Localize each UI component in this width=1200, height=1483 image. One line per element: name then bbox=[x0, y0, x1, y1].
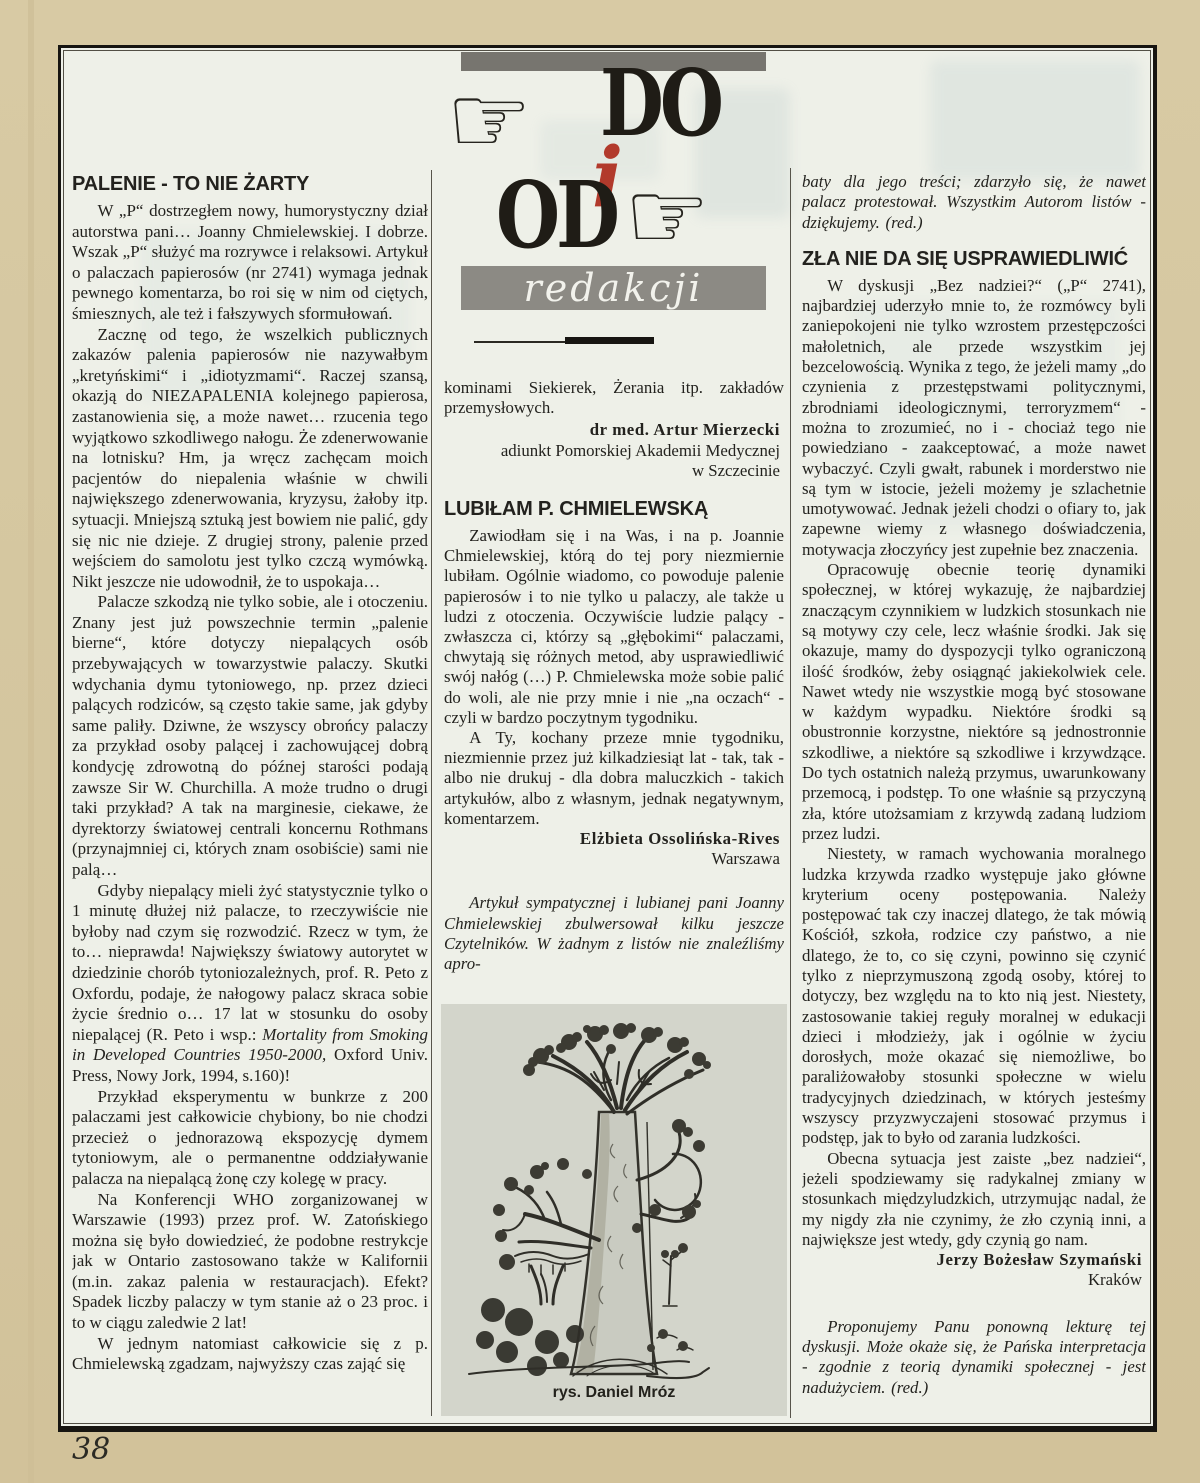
page-number: 38 bbox=[72, 1432, 110, 1467]
paragraph: Palacze szkodzą nie tylko sobie, ale i o… bbox=[72, 592, 428, 880]
masthead-banner: redakcji bbox=[461, 266, 766, 310]
paragraph: Zawiodłam się i na Was, i na p. Joannie … bbox=[444, 526, 784, 728]
paragraph: W dyskusji „Bez nadziei?“ („P“ 2741), na… bbox=[802, 276, 1146, 560]
signature-city: w Szczecinie bbox=[444, 461, 784, 481]
column-divider bbox=[431, 170, 432, 1416]
signature-name: dr med. Artur Mierzecki bbox=[444, 420, 784, 440]
paragraph: Gdyby niepalący mieli żyć statystycznie … bbox=[72, 881, 428, 1087]
editor-note-continuation: baty dla jego treści; zdarzyło się, że n… bbox=[802, 172, 1146, 233]
article-smoking: PALENIE - TO NIE ŻARTY W „P“ dostrzegłem… bbox=[72, 172, 428, 1416]
paragraph: Na Konferencji WHO zorganizowanej w Wars… bbox=[72, 1190, 428, 1334]
signature-city: Warszawa bbox=[444, 849, 784, 869]
magazine-page: { "page": { "number": "38" }, "colors": … bbox=[0, 0, 1200, 1483]
article-title: ZŁA NIE DA SIĘ USPRAWIEDLIWIĆ bbox=[802, 247, 1146, 271]
pointing-hand-icon: ☞ bbox=[446, 72, 532, 168]
paragraph: W jednym natomiast całkowicie się z p. C… bbox=[72, 1334, 428, 1375]
paragraph: W „P“ dostrzegłem nowy, humorystyczny dz… bbox=[72, 201, 428, 325]
paragraph: A Ty, kochany przeze mnie tygodniku, nie… bbox=[444, 728, 784, 829]
masthead-word-od: OD bbox=[496, 176, 616, 254]
article-evil: baty dla jego treści; zdarzyło się, że n… bbox=[802, 172, 1146, 1420]
article-title: PALENIE - TO NIE ŻARTY bbox=[72, 172, 428, 196]
bleedthrough-ghost bbox=[930, 60, 1140, 180]
signature-city: Kraków bbox=[802, 1270, 1146, 1290]
signature-name: Elżbieta Ossolińska-Rives bbox=[444, 829, 784, 849]
illustration-caption: rys. Daniel Mróz bbox=[441, 1384, 787, 1402]
paragraph: Zacznę od tego, że wszelkich publicznych… bbox=[72, 325, 428, 593]
masthead-banner-label: redakcji bbox=[524, 266, 704, 310]
article-middle: kominami Siekierek, Żerania itp. zakładó… bbox=[444, 378, 784, 1000]
paragraph: Opracowuję obecnie teorię dynamiki społe… bbox=[802, 560, 1146, 844]
tree-drawing bbox=[441, 1004, 787, 1416]
signature-role: adiunkt Pomorskiej Akademii Medycznej bbox=[444, 441, 784, 461]
editor-reply: Proponujemy Panu ponowną lekturę tej dys… bbox=[802, 1317, 1146, 1398]
masthead-rule-accent bbox=[565, 337, 654, 344]
signature-name: Jerzy Bożesław Szymański bbox=[802, 1250, 1146, 1270]
column-divider bbox=[790, 168, 791, 1418]
pointing-hand-icon: ☞ bbox=[624, 168, 710, 264]
paragraph-text: Gdyby niepalący mieli żyć statystycznie … bbox=[72, 881, 428, 1044]
editor-note: Artykuł sympatycznej i lubianej pani Joa… bbox=[444, 893, 784, 974]
paper-fold bbox=[28, 0, 34, 1483]
paragraph: Obecna sytuacja jest zaiste „bez nadziei… bbox=[802, 1149, 1146, 1250]
paragraph: Niestety, w ramach wychowania moralnego … bbox=[802, 844, 1146, 1148]
paragraph-continuation: kominami Siekierek, Żerania itp. zakładó… bbox=[444, 378, 784, 418]
paragraph: Przykład eksperymentu w bunkrze z 200 pa… bbox=[72, 1087, 428, 1190]
article-title: LUBIŁAM P. CHMIELEWSKĄ bbox=[444, 497, 784, 521]
tree-illustration: rys. Daniel Mróz bbox=[441, 1004, 787, 1416]
